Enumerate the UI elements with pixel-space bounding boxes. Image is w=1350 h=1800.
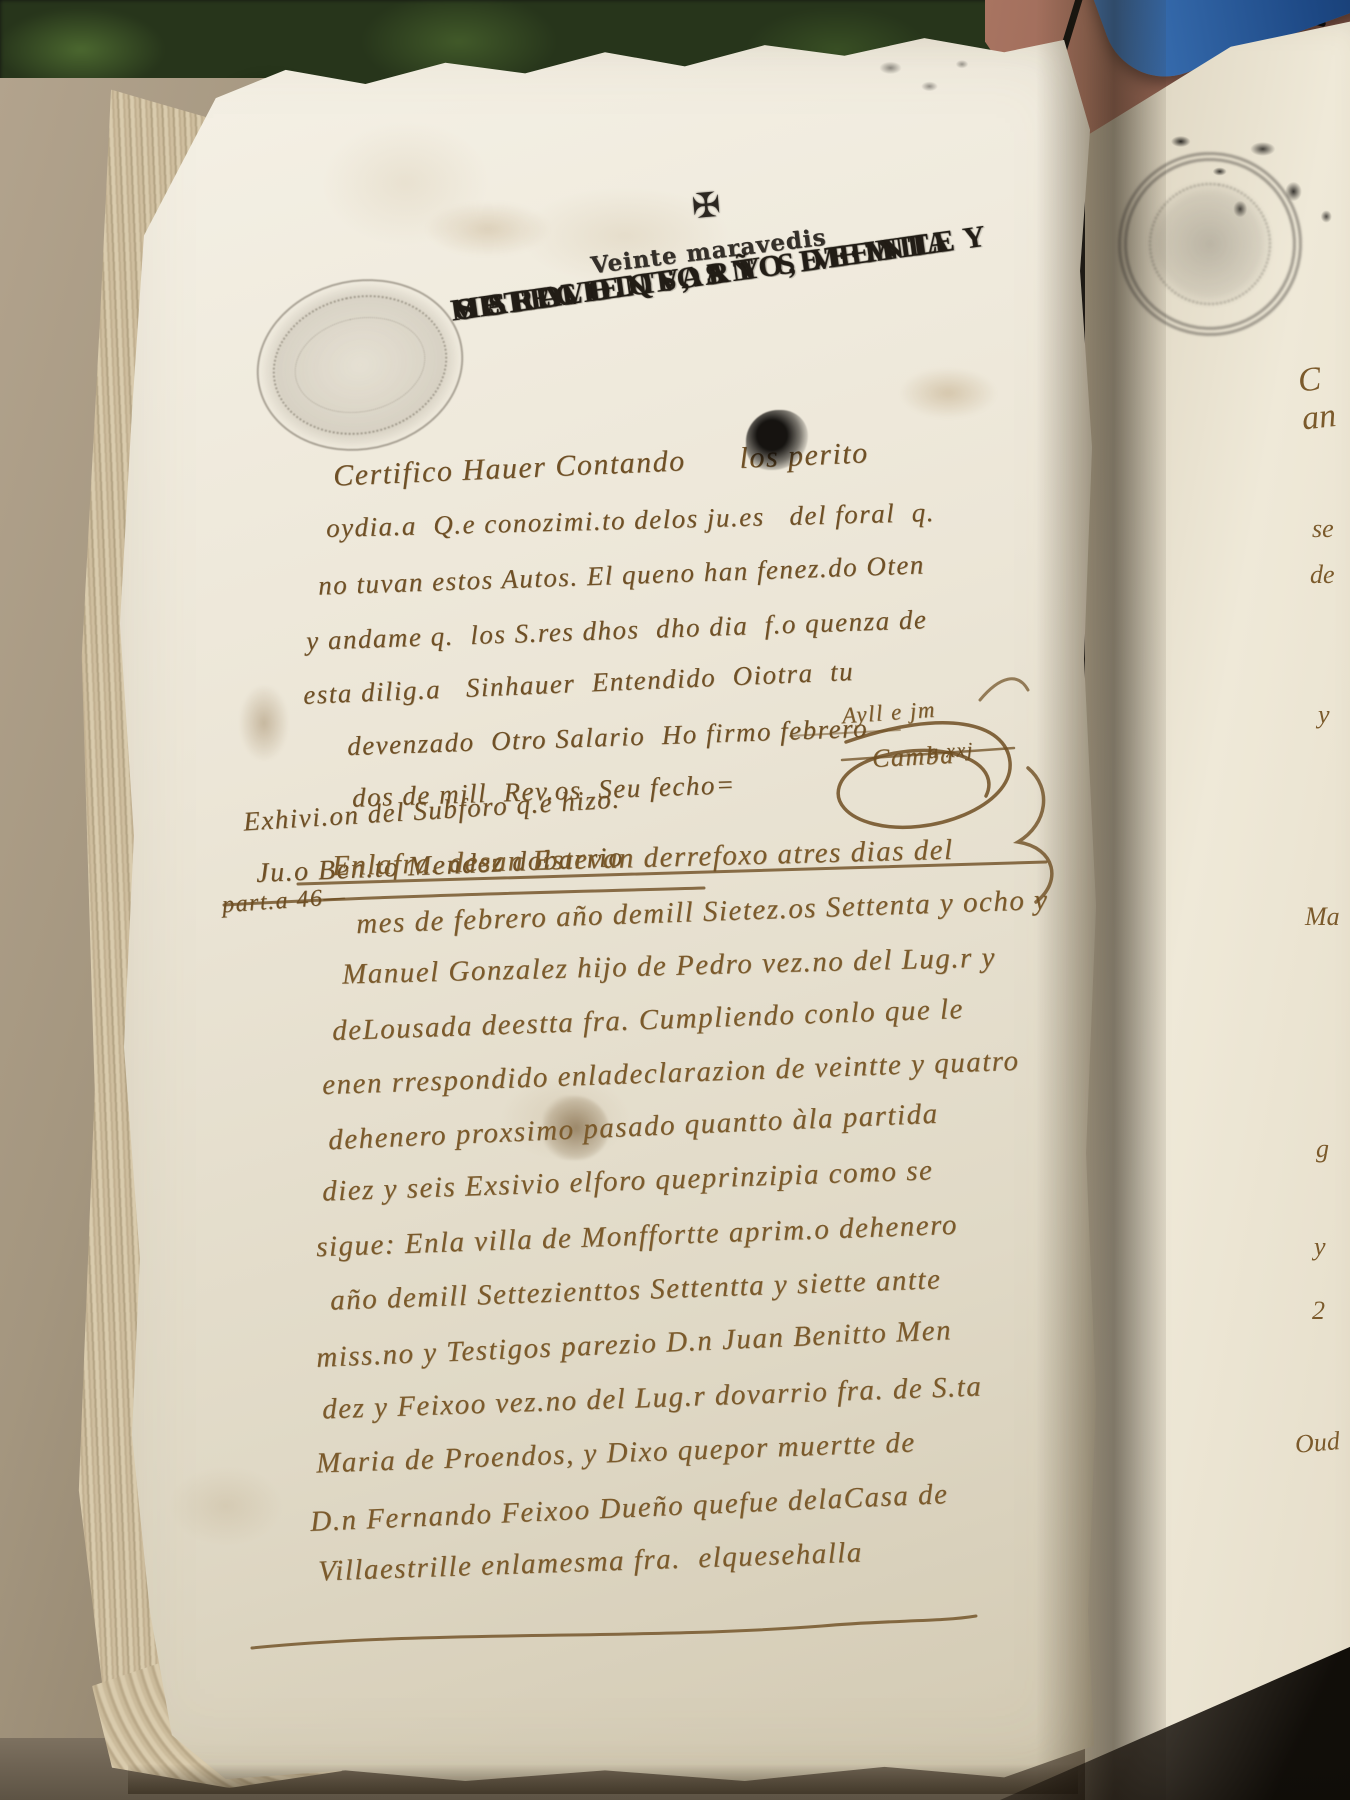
right-page-fragment: y bbox=[1318, 700, 1330, 730]
right-page-fragment: se bbox=[1312, 514, 1334, 544]
right-page-fragment: Oud bbox=[1294, 1426, 1341, 1460]
cross-mark-icon: ✠ bbox=[690, 185, 722, 227]
paper-stain bbox=[900, 368, 996, 418]
right-page-fragment: Ma bbox=[1305, 902, 1340, 932]
photograph-of-manuscript: ✠ Veinte maravedis SELLO QVARTO, VEINTE … bbox=[0, 0, 1350, 1800]
ink-smudge bbox=[858, 42, 988, 116]
paper-stain bbox=[240, 686, 288, 760]
right-page-fragment: y bbox=[1314, 1232, 1326, 1262]
right-page-fragment: C an bbox=[1296, 358, 1350, 439]
signature-line: Camba bbox=[871, 740, 955, 774]
right-page-fragment: de bbox=[1310, 560, 1335, 590]
right-page-fragment: 2 bbox=[1312, 1296, 1325, 1326]
right-page-fragment: g bbox=[1316, 1134, 1329, 1164]
paper-stain bbox=[426, 202, 550, 256]
page-contact-shadow bbox=[128, 1764, 1078, 1794]
